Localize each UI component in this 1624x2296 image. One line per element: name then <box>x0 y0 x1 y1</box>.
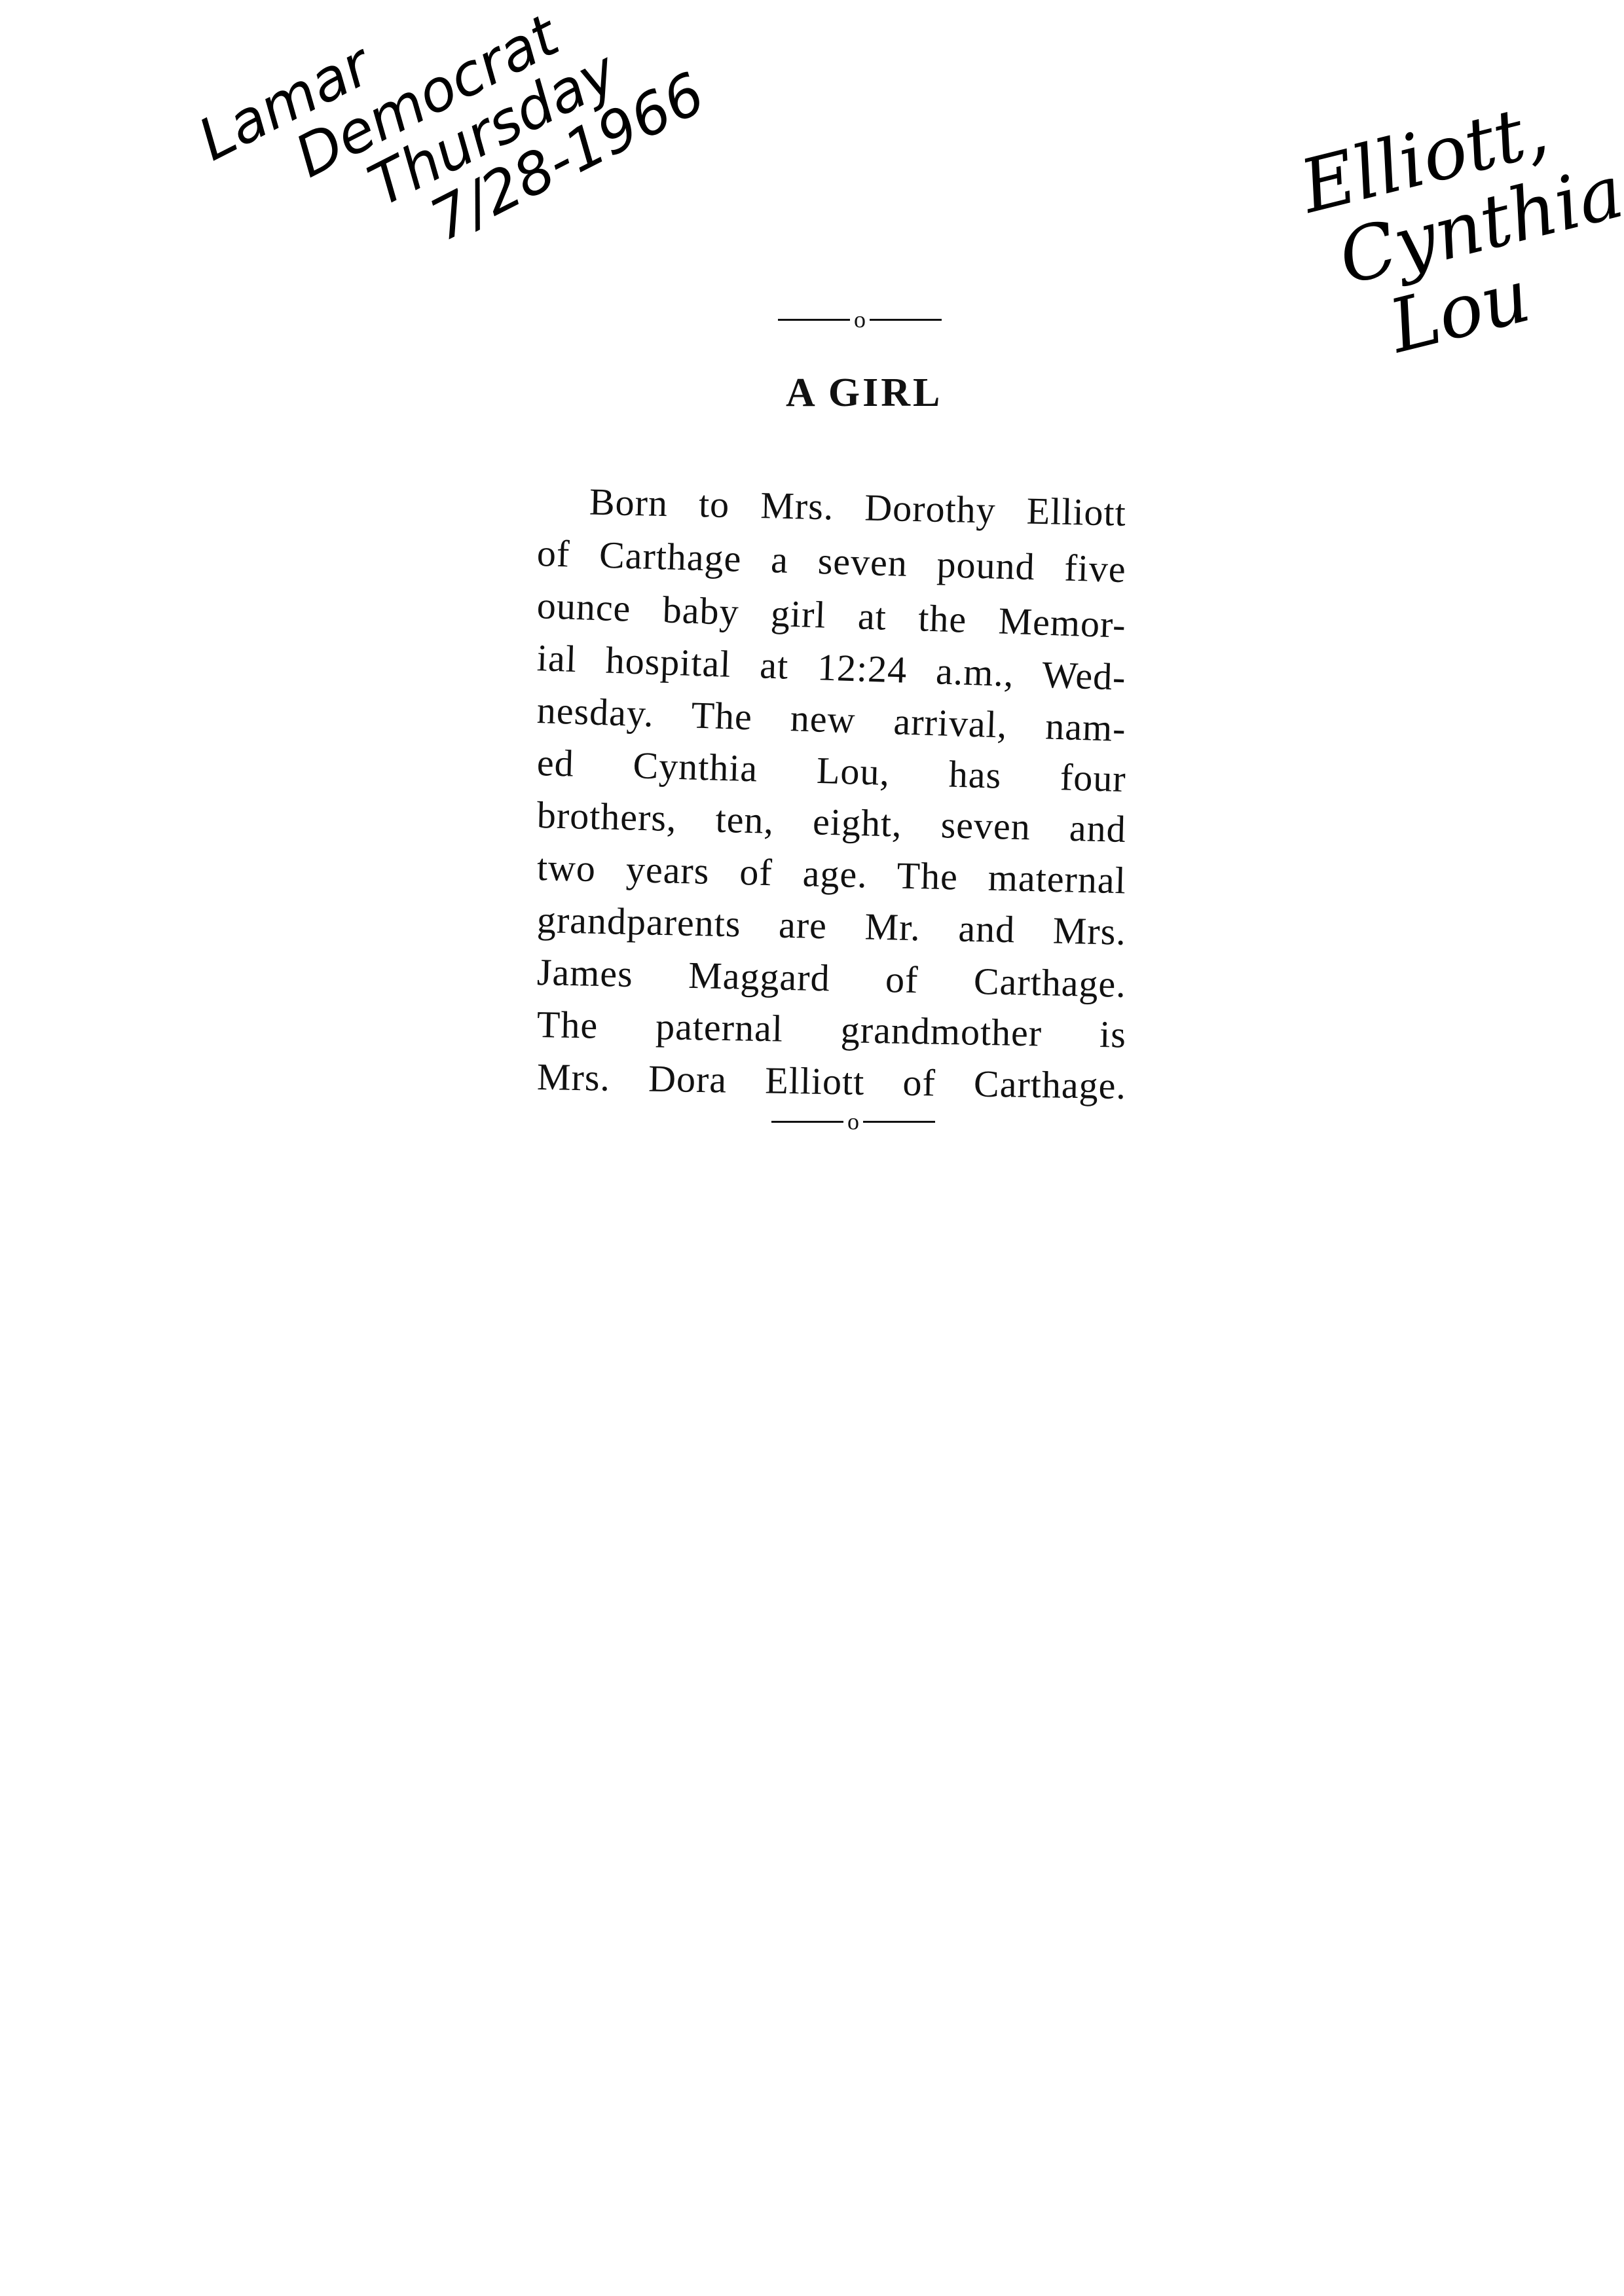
separator-glyph: o <box>854 308 866 331</box>
article-headline: A GIRL <box>786 370 942 416</box>
handwritten-source-note: Lamar Democrat Thursday 7/28-1966 <box>190 0 713 328</box>
separator-glyph: o <box>847 1110 859 1133</box>
handwritten-name-note: Elliott, Cynthia Lou <box>1293 76 1624 379</box>
separator-rule <box>863 1121 935 1123</box>
separator-rule <box>778 319 850 321</box>
separator-rule <box>771 1121 843 1123</box>
separator-bottom: o <box>771 1110 935 1133</box>
separator-rule <box>870 319 942 321</box>
separator-top: o <box>778 308 942 331</box>
article-line: Mrs. Dora Elliott of Carthage. <box>536 1051 1126 1112</box>
article-body: Born to Mrs. Dorothy Elliott of Carthage… <box>537 475 1126 1103</box>
